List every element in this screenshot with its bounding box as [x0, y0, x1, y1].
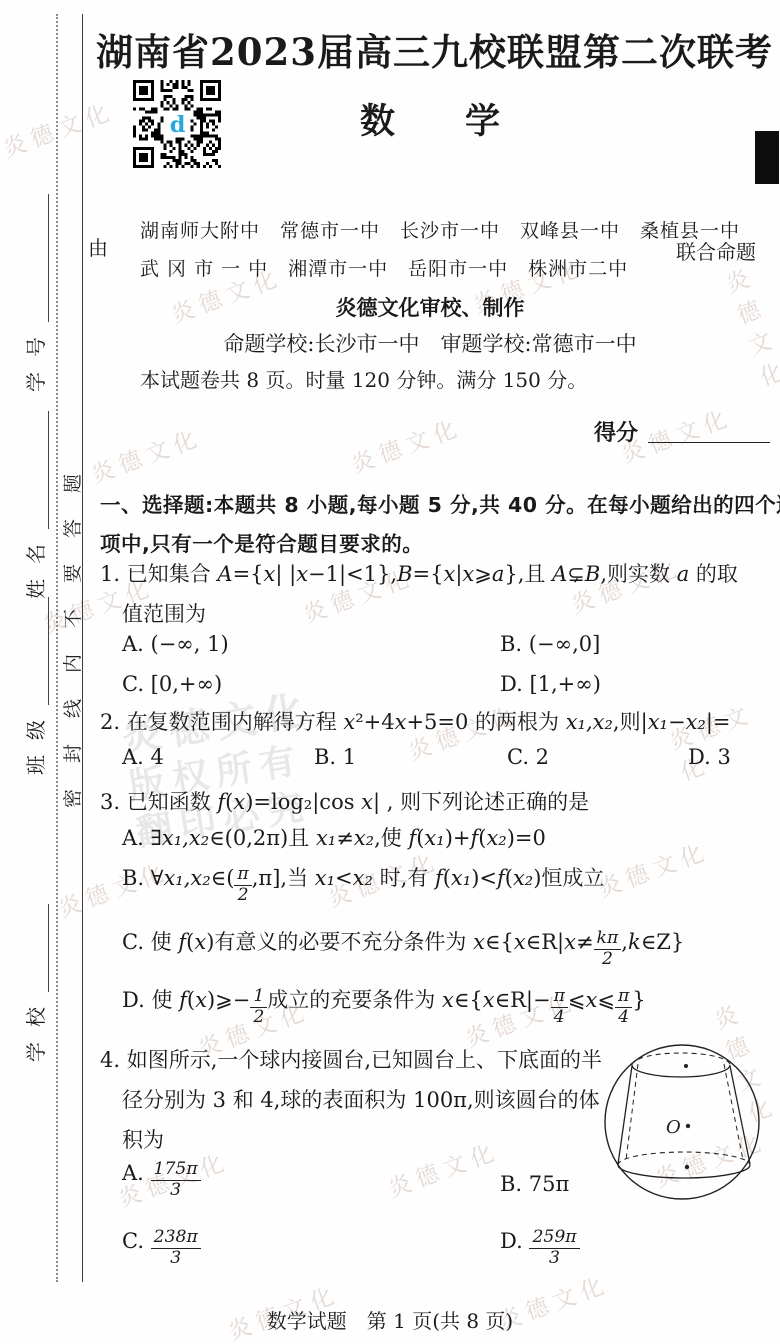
- question-2-option-c: C. 2: [507, 745, 549, 769]
- question-3-option-c: C. 使 f(x)有意义的必要不充分条件为 x∈{x∈R|x≠kπ2,k∈Z}: [122, 926, 684, 969]
- score-blank-line: [648, 442, 770, 443]
- frustum-bottom-back-arc: [618, 1152, 750, 1165]
- small-watermark: 炎德文化: [383, 1133, 503, 1204]
- question-2-option-b: B. 1: [314, 745, 356, 769]
- question-2-line1: 2. 在复数范围内解得方程 x²+4x+5=0 的两根为 x₁,x₂,则|x₁−…: [100, 706, 731, 736]
- section1-heading-line1: 一、选择题:本题共 8 小题,每小题 5 分,共 40 分。在每小题给出的四个选: [100, 488, 780, 518]
- exam-paper-page: 炎德文化炎德文化炎德文化炎德文化炎德文化炎德文化炎德文化炎德文化炎德文化炎德文化…: [0, 0, 780, 1344]
- small-watermark: 炎德文化: [593, 833, 713, 904]
- class-label: 班级: [20, 705, 49, 775]
- question-1-line2: 值范围为: [122, 598, 206, 628]
- setter-school-line: 命题学校:长沙市一中 审题学校:常德市一中: [100, 328, 760, 358]
- question-4-option-c: C. 238π3: [122, 1228, 201, 1269]
- fraction: π4: [551, 987, 568, 1028]
- question-4-line3: 积为: [122, 1124, 164, 1154]
- page-title: 湖南省2023届高三九校联盟第二次联考: [96, 22, 760, 76]
- bottom-center-dot: [685, 1165, 689, 1169]
- frustum-right-back-edge: [724, 1064, 743, 1160]
- frustum-top-back-arc: [632, 1053, 730, 1065]
- fraction: 238π3: [151, 1228, 201, 1269]
- fraction: π4: [615, 987, 632, 1028]
- name-blank: [27, 411, 49, 529]
- schools-line-2: 武 冈 市 一 中 湘潭市一中 岳阳市一中 株洲市二中: [140, 254, 628, 281]
- small-watermark: 炎德文化: [721, 255, 780, 392]
- student-id-blank: [27, 194, 49, 322]
- student-id-field: 学号: [20, 194, 49, 392]
- sphere-frustum-figure: O: [598, 1034, 770, 1210]
- center-label: O: [666, 1117, 681, 1138]
- question-4-line2: 径分别为 3 和 4,球的表面积为 100π,则该圆台的体: [122, 1084, 600, 1114]
- subject-title: 数 学: [100, 94, 760, 144]
- small-watermark: 炎德文化: [346, 409, 466, 480]
- question-3-option-a: A. ∃x₁,x₂∈(0,2π)且 x₁≠x₂,使 f(x₁)+f(x₂)=0: [122, 822, 546, 852]
- frustum-left-back-edge: [626, 1064, 638, 1160]
- score-label: 得分: [594, 416, 638, 447]
- sphere-outline: [605, 1045, 759, 1199]
- frustum-bottom-front-arc: [618, 1165, 750, 1178]
- exam-info-line: 本试题卷共 8 页。时量 120 分钟。满分 150 分。: [140, 364, 587, 393]
- student-id-label: 学号: [20, 322, 49, 392]
- section1-heading-line2: 项中,只有一个是符合题目要求的。: [100, 527, 423, 557]
- fraction: 175π3: [151, 1160, 201, 1201]
- seal-notice-text: 密封线内不要答题: [58, 418, 84, 808]
- question-1-line1: 1. 已知集合 A={x| |x−1|<1},B={x|x⩾a},且 A⊊B,则…: [100, 558, 738, 588]
- fraction: kπ2: [594, 929, 622, 970]
- question-1-option-b: B. (−∞,0]: [500, 632, 600, 656]
- schools-line-1: 湖南师大附中 常德市一中 长沙市一中 双峰县一中 桑植县一中: [140, 216, 740, 243]
- name-field: 姓名: [20, 411, 49, 599]
- question-3-line1: 3. 已知函数 f(x)=log₂|cos x| , 则下列论述正确的是: [100, 786, 589, 816]
- frustum-top-front-arc: [632, 1065, 730, 1077]
- question-2-option-d: D. 3: [688, 745, 731, 769]
- top-center-dot: [684, 1064, 688, 1068]
- fraction: π2: [234, 865, 251, 906]
- question-1-option-d: D. [1,+∞): [500, 672, 601, 696]
- question-1-option-a: A. (−∞, 1): [122, 632, 229, 656]
- producer-line: 炎德文化审校、制作: [100, 292, 760, 322]
- school-field: 学校: [20, 904, 49, 1062]
- school-blank: [27, 904, 49, 992]
- question-3-option-d: D. 使 f(x)⩾−12成立的充要条件为 x∈{x∈R|−π4⩽x⩽π4}: [122, 984, 646, 1027]
- question-4-option-b: B. 75π: [500, 1172, 569, 1196]
- question-4-option-d: D. 259π3: [500, 1228, 580, 1269]
- school-label: 学校: [20, 992, 49, 1062]
- frustum-left-edge: [618, 1066, 632, 1164]
- sphere-center-dot: [686, 1124, 690, 1128]
- fraction: 12: [250, 987, 267, 1028]
- question-3-option-b: B. ∀x₁,x₂∈(π2,π],当 x₁<x₂ 时,有 f(x₁)<f(x₂)…: [122, 862, 604, 905]
- byline-prefix: 由: [88, 232, 108, 261]
- question-4-option-a: A. 175π3: [122, 1160, 201, 1201]
- byline-suffix: 联合命题: [676, 236, 756, 265]
- question-2-option-a: A. 4: [122, 745, 164, 769]
- student-info-fields: 学校 班级 姓名 学号: [12, 192, 54, 1102]
- page-footer: 数学试题 第 1 页(共 8 页): [0, 1305, 780, 1334]
- class-blank: [27, 597, 49, 705]
- class-field: 班级: [20, 597, 49, 775]
- name-label: 姓名: [20, 529, 49, 599]
- small-watermark: 炎德文化: [86, 419, 206, 490]
- question-1-option-c: C. [0,+∞): [122, 672, 222, 696]
- fraction: 259π3: [529, 1228, 579, 1269]
- question-4-line1: 4. 如图所示,一个球内接圆台,已知圆台上、下底面的半: [100, 1044, 602, 1074]
- small-watermark: 炎德文化: [664, 689, 780, 788]
